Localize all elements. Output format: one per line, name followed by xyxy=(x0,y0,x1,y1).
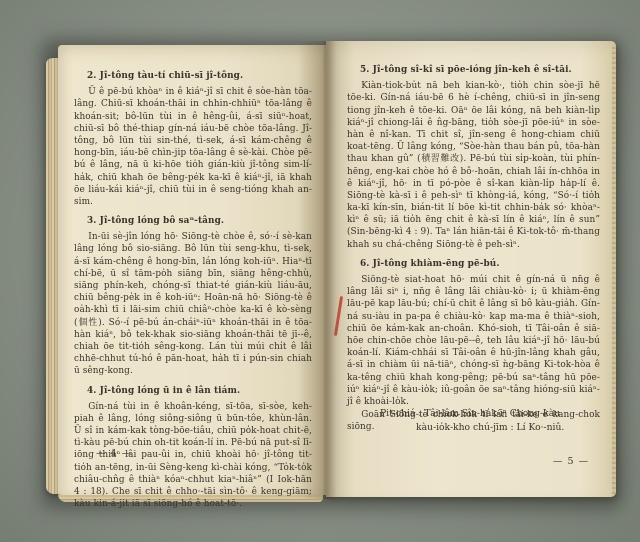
left-page-text: 2. Jî-tông tàu-tí chiū-sī jî-tông. Ū ê p… xyxy=(74,70,312,452)
paragraph: Kiàn-tiok-bu̍t nā beh kian-kò·, tio̍h ch… xyxy=(347,80,600,251)
page-edge-right xyxy=(612,44,616,496)
paragraph: Siōng-tè siat-hoat hō· múi chit ê gín-ná… xyxy=(347,274,600,408)
colophon: Pit-chiá : Tâi-lâm Sîn-ha̍k-īⁿ Chong-kàu… xyxy=(380,407,605,435)
section-heading-5: 5. Jî-tông sî-kî sī pōe-ióng jîn-keh ê s… xyxy=(360,64,600,76)
book-photo: 2. Jî-tông tàu-tí chiū-sī jî-tông. Ū ê p… xyxy=(0,0,640,542)
section-heading-2: 2. Jî-tông tàu-tí chiū-sī jî-tông. xyxy=(87,70,312,82)
section-heading-3: 3. Jî-tông lóng bô saⁿ-tâng. xyxy=(87,215,312,227)
colophon-author-line: Pit-chiá : Tâi-lâm Sîn-ha̍k-īⁿ Chong-kàu xyxy=(380,407,605,421)
right-page-text: 5. Jî-tông sî-kî sī pōe-ióng jîn-keh ê s… xyxy=(347,64,600,409)
colophon-title-line: kàu-io̍k-kho chú-jīm : Lí Ko·-niû. xyxy=(380,421,605,435)
paragraph: In-ūi sè-jîn lóng hō· Siōng-tè chòe ê, s… xyxy=(74,231,312,377)
right-page-number: — 5 — xyxy=(553,456,589,467)
paragraph: Ū ê pē-bú khòaⁿ in ê kiáⁿ-jî sī chit ê s… xyxy=(74,86,312,208)
section-heading-4: 4. Jî-tông lóng ū in ê lân tiám. xyxy=(87,385,312,397)
section-heading-6: 6. Jî-tông khiàm-ēng pē-bú. xyxy=(360,258,600,270)
left-page-number: — 4 — xyxy=(96,448,132,459)
